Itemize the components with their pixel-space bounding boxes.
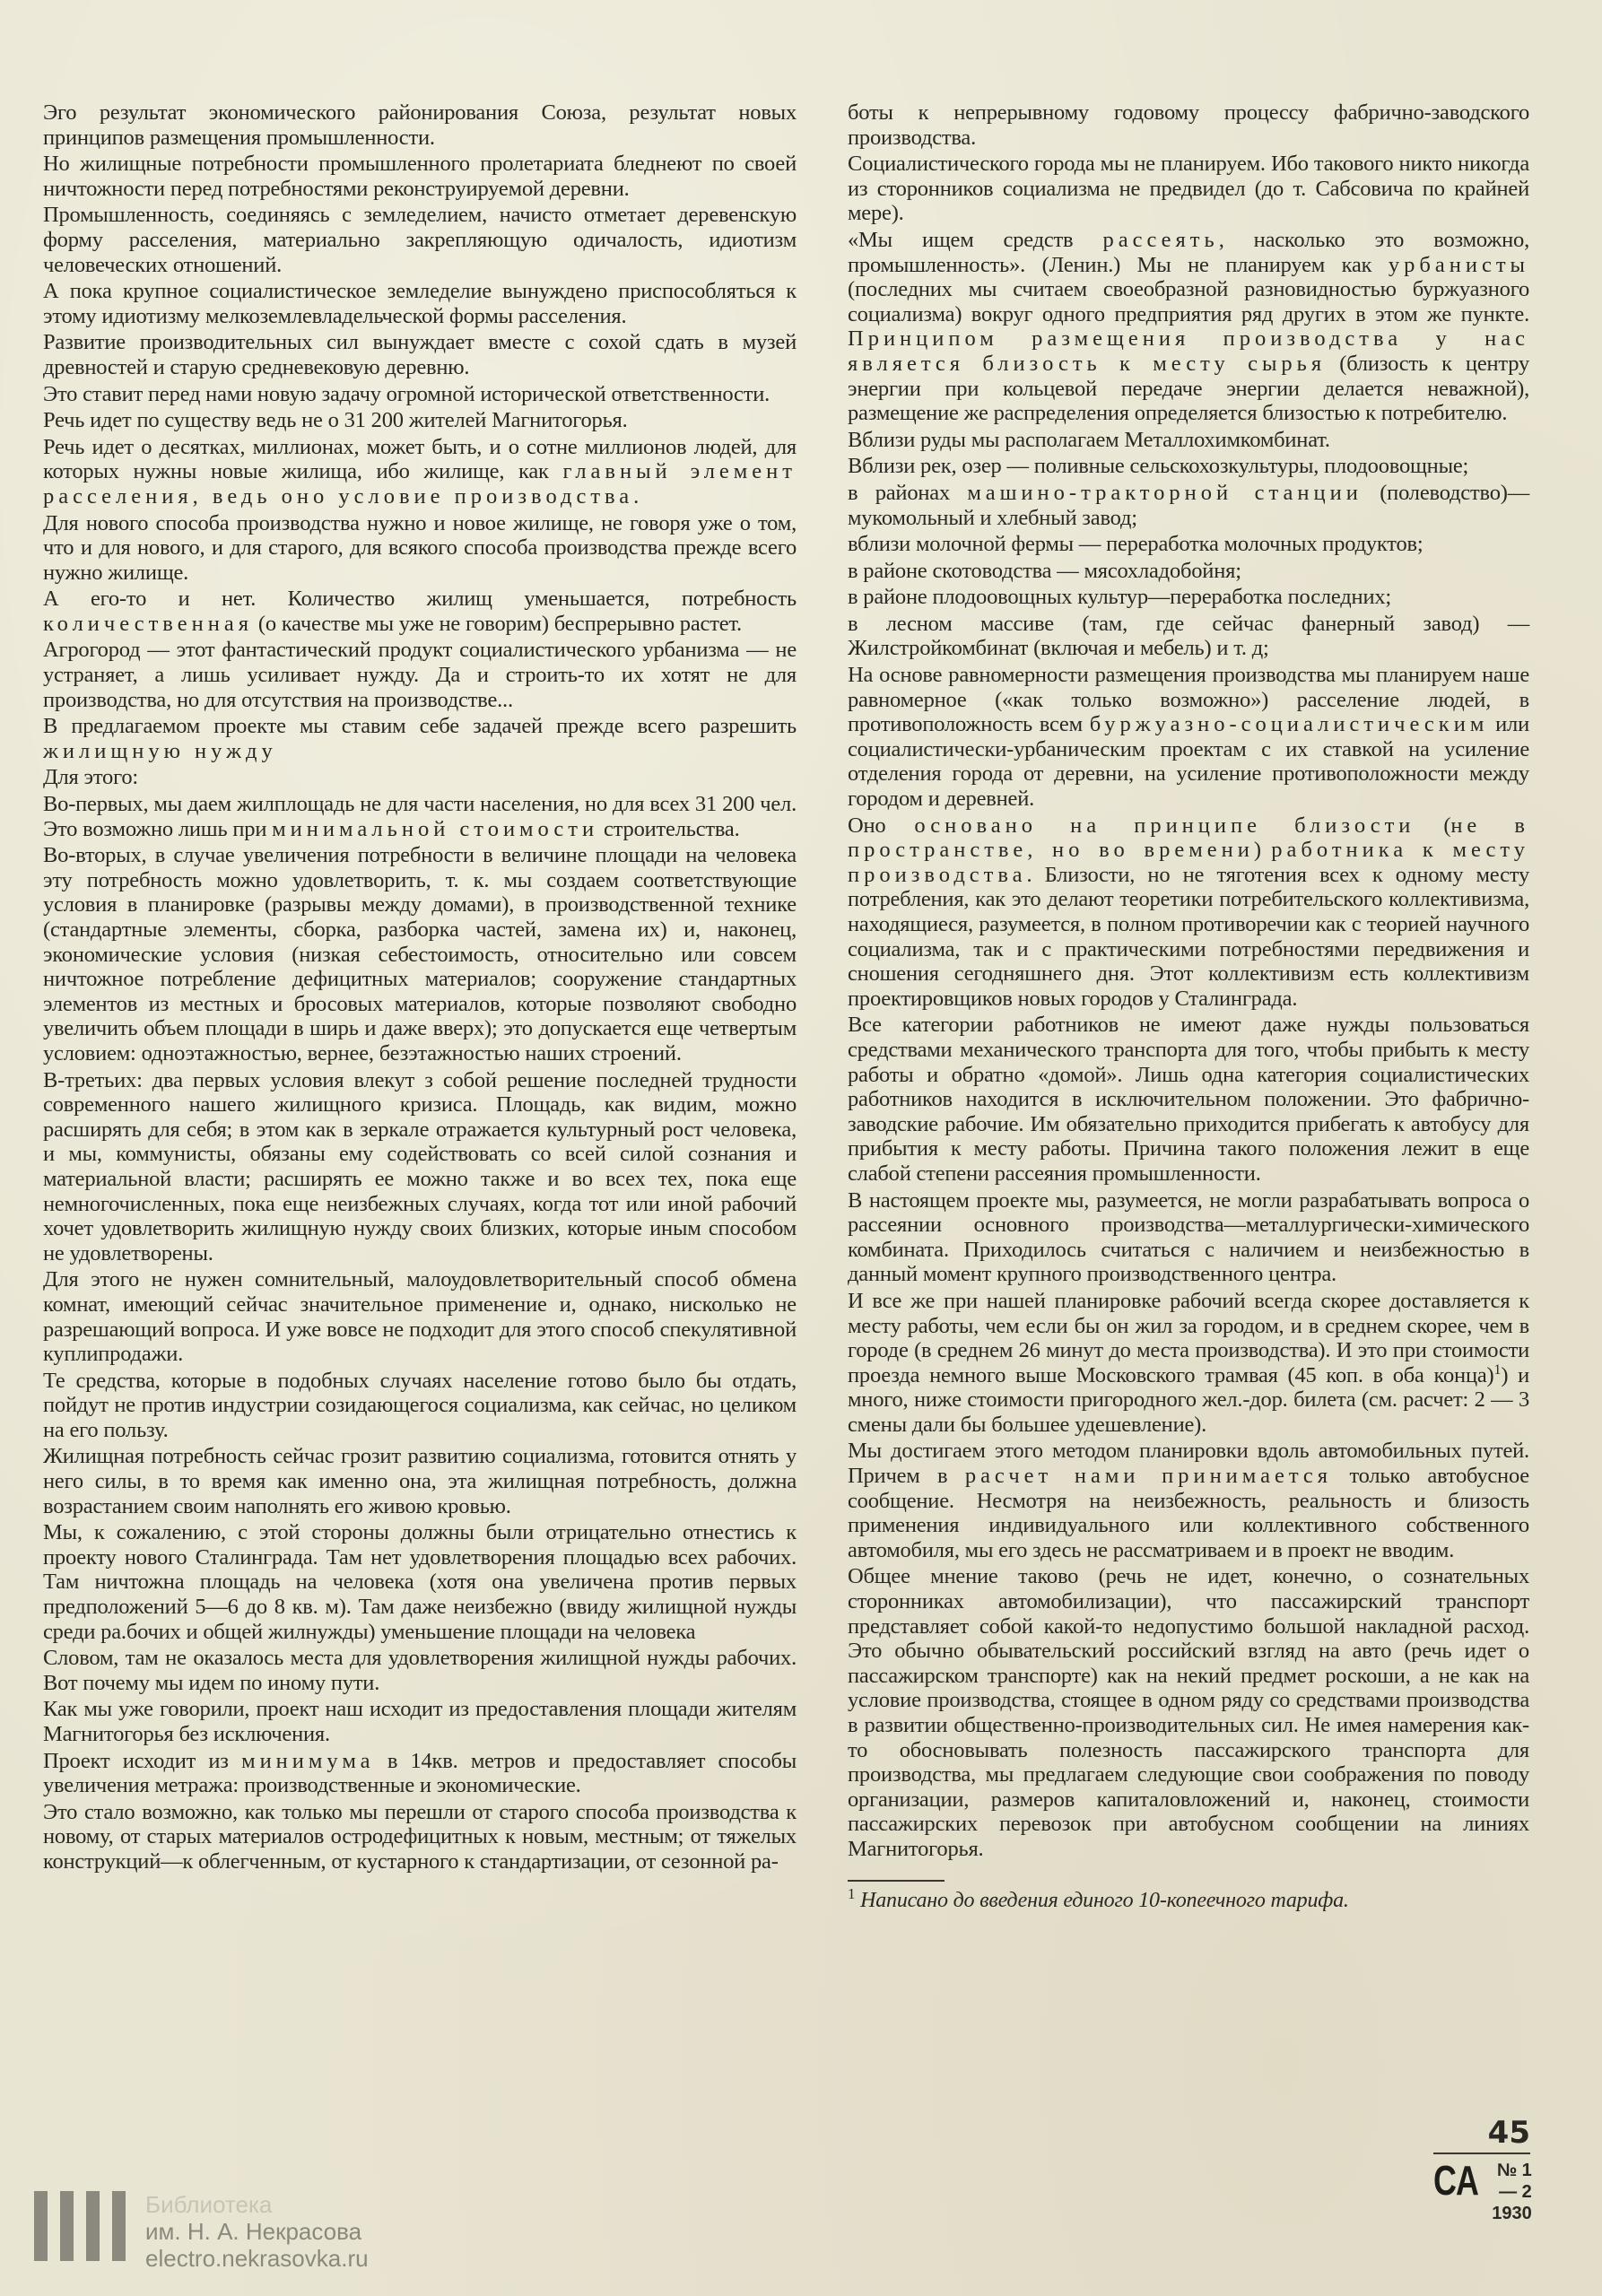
text-run: . (633, 484, 639, 509)
issue-mark: СА № 1 — 2 1930 (1433, 2160, 1530, 2224)
footnote: 1 Написано до введения единого 10-копееч… (848, 1889, 1529, 1914)
paragraph: А его-то и нет. Количество жилищ уменьша… (43, 587, 797, 636)
paragraph: Во-первых, мы даем жилплощадь не для час… (43, 792, 797, 841)
watermark-text: Библиотека им. Н. А. Некрасова electro.n… (145, 2191, 369, 2272)
spaced-emphasis: жилищную нужду (43, 739, 277, 763)
spaced-emphasis: расчет нами принимается (965, 1464, 1332, 1488)
text-run: А его-то и нет. Количество жилищ уменьша… (43, 587, 797, 611)
paragraph: в районе плодоовощных культур—переработк… (848, 585, 1529, 610)
left-column: Эго результат экономического районирован… (43, 100, 797, 1876)
paragraph: Как мы уже говорили, проект наш исходит … (43, 1697, 797, 1746)
text-run: Проект исходит из (43, 1749, 241, 1773)
footnote-divider (848, 1880, 945, 1882)
paragraph: Эго результат экономического районирован… (43, 100, 797, 150)
page-number-rule (1433, 2152, 1530, 2154)
paragraph: На основе равномерности размещения произ… (848, 663, 1529, 812)
paragraph: в районе скотоводства — мясохладобойня; (848, 559, 1529, 584)
text-run: в районах (848, 481, 967, 505)
watermark-logo-bar (60, 2191, 74, 2261)
watermark-logo-bar (86, 2191, 100, 2261)
paragraph: Агрогород — этот фантастический продукт … (43, 638, 797, 712)
page-footer: 45 СА № 1 — 2 1930 (1433, 2115, 1530, 2224)
paragraph: Проект исходит из минимума в 14кв. метро… (43, 1749, 797, 1798)
paragraph: Словом, там не оказалось места для удовл… (43, 1646, 797, 1695)
spaced-emphasis: минимальной стоимости (272, 817, 598, 841)
text-run: «Мы ищем средств (848, 228, 1102, 252)
paragraph: Во-вторых, в случае увеличения потребнос… (43, 843, 797, 1065)
spaced-emphasis: количественная (43, 612, 253, 636)
text-run: ) (1254, 838, 1271, 862)
paragraph: Это ставит перед нами новую задачу огром… (43, 382, 797, 407)
text-run: (о качестве мы уже не говорим) беспрерыв… (253, 612, 742, 636)
spaced-emphasis: урбанисты (1389, 253, 1529, 277)
paragraph: Все категории работников не имеют даже н… (848, 1013, 1529, 1186)
text-run: Оно (848, 813, 914, 838)
paragraph: В предлагаемом проекте мы ставим себе за… (43, 714, 797, 763)
text-run: В предлагаемом проекте мы ставим себе за… (43, 714, 797, 738)
paragraph: Речь идет о десятках, миллионах, может б… (43, 435, 797, 509)
paragraph: в лесном массиве (там, где сейчас фанерн… (848, 612, 1529, 661)
paragraph: боты к непрерывному годовому процессу фа… (848, 100, 1529, 150)
paragraph: И все же при нашей планировке рабочий вс… (848, 1289, 1529, 1438)
paragraph: в районах машино-тракторной станции (пол… (848, 481, 1529, 530)
paragraph: «Мы ищем средств рассеять, насколько это… (848, 228, 1529, 426)
issue-info: № 1 — 2 1930 (1492, 2160, 1532, 2224)
paragraph: В-третьих: два первых условия влекут з с… (43, 1068, 797, 1266)
paragraph: Для этого: (43, 765, 797, 790)
paragraph: А пока крупное социалистическое земледел… (43, 279, 797, 328)
spaced-emphasis: буржуазно-социалистическим (1090, 712, 1489, 736)
library-watermark: Библиотека им. Н. А. Некрасова electro.n… (34, 2191, 369, 2263)
spaced-emphasis: машино-тракторной станции (967, 481, 1363, 505)
text-run: (последних мы считаем своеобразной разно… (848, 277, 1529, 326)
issue-year: 1930 (1492, 2203, 1532, 2224)
paragraph: Это стало возможно, как только мы перешл… (43, 1800, 797, 1874)
paragraph: Промышленность, соединяясь с земледелием… (43, 203, 797, 277)
issue-number: № 1 — 2 (1492, 2160, 1532, 2203)
paragraph: Но жилищные потребности промышленного пр… (43, 152, 797, 201)
paragraph: Для этого не нужен сомнительный, малоудо… (43, 1267, 797, 1366)
watermark-line-1: Библиотека (145, 2191, 369, 2218)
paragraph: Общее мнение таково (речь не идет, конеч… (848, 1564, 1529, 1861)
spaced-emphasis: основано на принципе близости (914, 813, 1415, 838)
right-column-body: боты к непрерывному годовому процессу фа… (848, 100, 1529, 1862)
page-number: 45 (1433, 2115, 1530, 2151)
paragraph: Жилищная потребность сейчас грозит разви… (43, 1444, 797, 1518)
text-run: И все же при нашей планировке рабочий вс… (848, 1289, 1529, 1387)
paragraph: Оно основано на принципе близости (не в … (848, 813, 1529, 1012)
watermark-logo-bar (34, 2191, 48, 2261)
text-run: ( (1415, 813, 1450, 838)
footnote-marker: 1 (848, 1885, 855, 1902)
right-column: боты к непрерывному годовому процессу фа… (848, 100, 1529, 1915)
paragraph: Вблизи рек, озер — поливные сельскохозку… (848, 454, 1529, 479)
watermark-logo-bar (112, 2191, 126, 2261)
paragraph: Социалистического города мы не планируем… (848, 152, 1529, 226)
paragraph: Мы, к сожалению, с этой стороны должны б… (43, 1520, 797, 1644)
footnote-text: Написано до введения единого 10-копеечно… (860, 1889, 1349, 1912)
journal-abbreviation: СА (1433, 2160, 1479, 2201)
watermark-line-3[interactable]: electro.nekrasovka.ru (145, 2245, 369, 2272)
spaced-emphasis: рассеять (1102, 228, 1218, 252)
watermark-line-2: им. Н. А. Некрасова (145, 2218, 369, 2245)
spaced-emphasis: минимума (241, 1749, 374, 1773)
paragraph: Вблизи руды мы располагаем Металлохимком… (848, 428, 1529, 453)
paragraph: Те средства, которые в подобных случаях … (43, 1369, 797, 1443)
paragraph: Развитие производительных сил вынуждает … (43, 330, 797, 379)
paragraph: В настоящем проекте мы, разумеется, не м… (848, 1188, 1529, 1287)
paragraph: Для нового способа производства нужно и … (43, 511, 797, 586)
paragraph: Мы достигаем этого методом планировки вд… (848, 1439, 1529, 1562)
paragraph: Речь идет по существу ведь не о 31 200 ж… (43, 408, 797, 433)
text-run: строительства. (598, 817, 739, 841)
paragraph: вблизи молочной фермы — переработка моло… (848, 532, 1529, 557)
